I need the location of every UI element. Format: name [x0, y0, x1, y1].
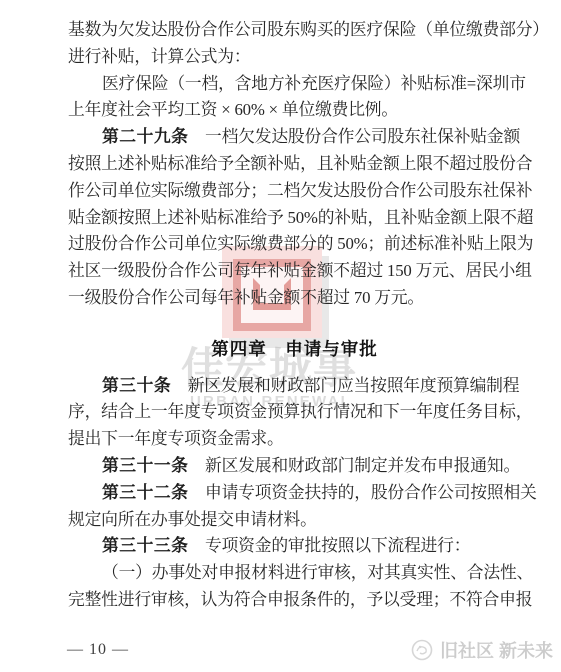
- doc-line: 医疗保险（一档，含地方补充医疗保险）补贴标准=深圳市: [68, 71, 521, 98]
- doc-line: （一）办事处对申报材料进行审核，对其真实性、合法性、: [68, 560, 521, 587]
- doc-line-article-31: 第三十一条 新区发展和财政部门制定并发布申报通知。: [68, 453, 521, 480]
- document-body: 基数为欠发达股份合作公司股东购买的医疗保险（单位缴费部分） 进行补贴，计算公式为…: [68, 17, 521, 614]
- doc-line: 基数为欠发达股份合作公司股东购买的医疗保险（单位缴费部分）: [68, 17, 521, 44]
- doc-line-article-32: 第三十二条 申请专项资金扶持的，股份合作公司按照相关: [68, 480, 521, 507]
- doc-line: 贴金额按照上述补贴标准给予 50%的补贴，且补贴金额上限不超: [68, 205, 521, 232]
- doc-line: 完整性进行审核，认为符合申报条件的，予以受理；不符合申报: [68, 587, 521, 614]
- document-page: 佳宏城事 URBAN RENEWAL 基数为欠发达股份合作公司股东购买的医疗保险…: [0, 0, 561, 672]
- doc-line: 序，结合上一年度专项资金预算执行情况和下一年度任务目标，: [68, 399, 521, 426]
- doc-line-article-30: 第三十条 新区发展和财政部门应当按照年度预算编制程: [68, 373, 521, 400]
- doc-line: 一级股份合作公司每年补贴金额不超过 70 万元。: [68, 285, 521, 312]
- footer-brand: 旧社区 新未来: [409, 637, 553, 663]
- doc-line-article-29: 第二十九条 一档欠发达股份合作公司股东社保补贴金额: [68, 124, 521, 151]
- doc-line: 按照上述补贴标准给予全额补贴，且补贴金额上限不超过股份合: [68, 151, 521, 178]
- doc-line: 社区一级股份合作公司每年补贴金额不超过 150 万元、居民小组: [68, 258, 521, 285]
- footer-brand-label: 旧社区 新未来: [440, 637, 553, 663]
- doc-line: 进行补贴，计算公式为：: [68, 44, 521, 71]
- doc-line: 过股份合作公司单位实际缴费部分的 50%；前述标准补贴上限为: [68, 231, 521, 258]
- doc-line: 规定向所在办事处提交申请材料。: [68, 507, 521, 534]
- doc-line: 提出下一年度专项资金需求。: [68, 426, 521, 453]
- page-number: — 10 —: [67, 641, 129, 659]
- chapter-heading: 第四章 申请与审批: [68, 336, 521, 363]
- footer-logo-icon: [409, 637, 435, 663]
- doc-line-article-33: 第三十三条 专项资金的审批按照以下流程进行：: [68, 533, 521, 560]
- doc-line: 作公司单位实际缴费部分；二档欠发达股份合作公司股东社保补: [68, 178, 521, 205]
- doc-line: 上年度社会平均工资 × 60% × 单位缴费比例。: [68, 97, 521, 124]
